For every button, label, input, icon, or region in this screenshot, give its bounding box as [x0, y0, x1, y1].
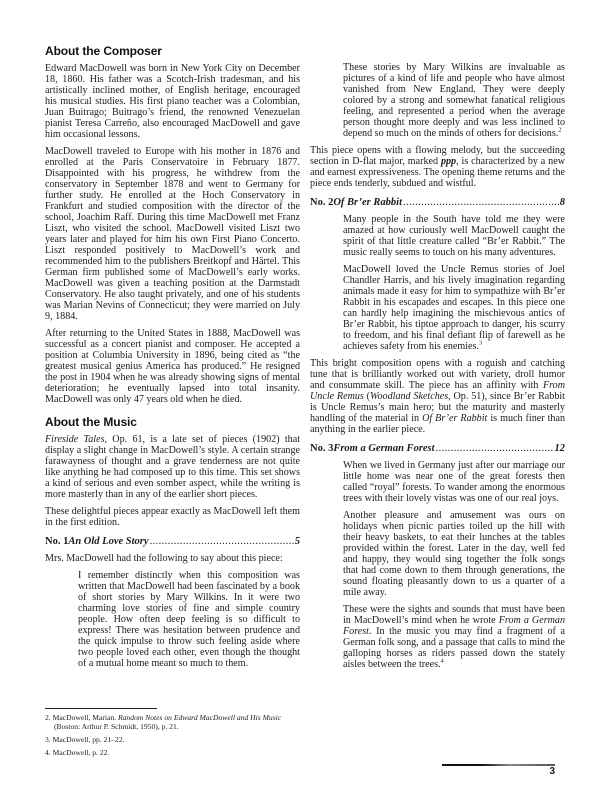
page-number: 3	[540, 766, 555, 777]
wilkins-quote: These stories by Mary Wilkins are invalu…	[343, 62, 565, 139]
footnote-2: 2. MacDowell, Marian. Random Notes on Ed…	[45, 713, 300, 731]
music-paragraph-1: Fireside Tales, Op. 61, is a late set of…	[45, 434, 300, 500]
piece-3-heading: No. 3 From a German Forest 12	[310, 443, 565, 454]
piece-title: An Old Love Story	[68, 536, 148, 547]
composer-paragraph-2: MacDowell traveled to Europe with his mo…	[45, 146, 300, 322]
piece-2-description: This bright composition opens with a rog…	[310, 358, 565, 435]
music-paragraph-2: These delightful pieces appear exactly a…	[45, 506, 300, 528]
composer-paragraph-1: Edward MacDowell was born in New York Ci…	[45, 63, 300, 140]
piece-2-quote-1: Many people in the South have told me th…	[343, 214, 565, 258]
piece-1-description: This piece opens with a flowing melody, …	[310, 145, 565, 189]
leader-dots	[436, 443, 554, 454]
music-heading: About the Music	[45, 415, 300, 429]
leader-dots	[150, 536, 294, 547]
footnote-ref: 4	[441, 658, 444, 665]
piece-page: 12	[555, 443, 566, 454]
footnotes: 2. MacDowell, Marian. Random Notes on Ed…	[45, 713, 300, 761]
piece-page: 8	[560, 197, 565, 208]
footnote-divider	[45, 708, 157, 709]
left-column: About the Composer Edward MacDowell was …	[45, 44, 300, 675]
piece-3-quote-3: These were the sights and sounds that mu…	[343, 604, 565, 670]
piece-number: No. 3	[310, 443, 333, 454]
footnote-ref: 2	[558, 127, 561, 134]
piece-page: 5	[295, 536, 300, 547]
piece-1-quote: I remember distinctly when this composit…	[78, 570, 300, 669]
footnote-3: 3. MacDowell, pp. 21–22.	[45, 735, 300, 744]
right-column: These stories by Mary Wilkins are invalu…	[310, 62, 565, 676]
piece-2-heading: No. 2 Of Br’er Rabbit 8	[310, 197, 565, 208]
work-title: Fireside Tales	[45, 434, 105, 445]
composer-heading: About the Composer	[45, 44, 300, 58]
piece-1-intro: Mrs. MacDowell had the following to say …	[45, 553, 300, 564]
leader-dots	[403, 197, 559, 208]
page-number-rule	[442, 764, 555, 766]
dynamic-marking: ppp	[441, 156, 456, 167]
piece-1-heading: No. 1 An Old Love Story 5	[45, 536, 300, 547]
piece-number: No. 2	[310, 197, 333, 208]
piece-title: Of Br’er Rabbit	[333, 197, 402, 208]
piece-title: From a German Forest	[333, 443, 434, 454]
piece-2-quote-2: MacDowell loved the Uncle Remus stories …	[343, 264, 565, 352]
piece-number: No. 1	[45, 536, 68, 547]
composer-paragraph-3: After returning to the United States in …	[45, 328, 300, 405]
footnote-ref: 3	[479, 340, 482, 347]
piece-3-quote-2: Another pleasure and amusement was ours …	[343, 510, 565, 598]
piece-3-quote-1: When we lived in Germany just after our …	[343, 460, 565, 504]
footnote-4: 4. MacDowell, p. 22.	[45, 748, 300, 757]
